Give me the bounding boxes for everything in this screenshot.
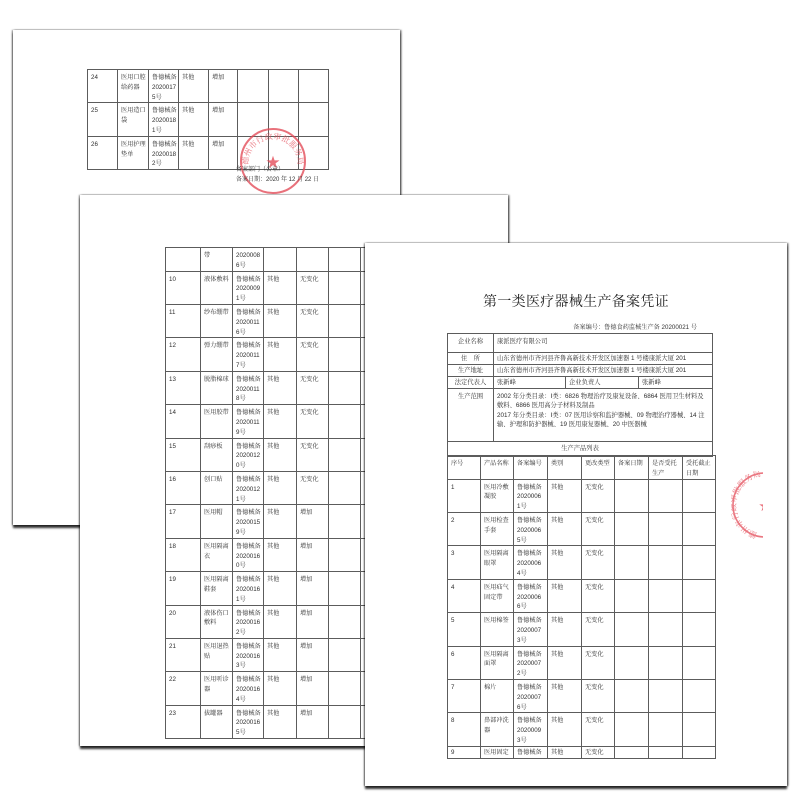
cell-no: 23 [166,705,201,738]
cell-entrust-deadline [683,746,716,758]
col-header-entrusted: 是否受托生产 [649,456,683,480]
cell-record-date [615,746,649,758]
cell-no: 17 [166,505,201,538]
production-address-label: 生产地址 [448,365,494,377]
cell-record-date [615,579,649,612]
cell-entrusted [649,479,683,512]
table-row: 24医用口腔给药器鲁德械备20200175号其他增加 [88,70,329,103]
cell-record-no: 鲁德械备20200159号 [233,505,264,538]
cell-record-date [329,405,361,438]
cell-record-no: 鲁德械备20200093号 [514,713,548,746]
info-row-company: 企业名称 康派医疗有限公司 [448,334,713,353]
cell-record-date [329,438,361,471]
cell-change-type: 无变化 [297,271,329,304]
cell-category: 其他 [264,705,297,738]
cell-entrust-deadline [683,646,716,679]
cell-change-type: 增加 [297,705,329,738]
table-row: 6医用隔离面罩鲁德械备20200072号其他无变化 [448,646,716,679]
cell-name: 医用听诊器 [201,672,233,705]
cell-record-date [329,471,361,504]
info-row-production-address: 生产地址 山东省德州市齐河县齐鲁高新技术开发区加速器 1 号楼康派大厦 201 [448,365,713,377]
cell-change-type: 无变化 [297,471,329,504]
cell-no: 15 [166,438,201,471]
col-header-record-date: 备案日期 [615,456,649,480]
table-header-row: 序号 产品名称 备案编号 类别 更改类型 备案日期 是否受托生产 受托截止日期 [448,456,716,480]
cell-change-type: 无变化 [297,405,329,438]
cell-record-no: 鲁德械备20200064号 [514,546,548,579]
col-header-entrust-deadline: 受托截止日期 [683,456,716,480]
cell-record-date [329,538,361,571]
cell-no: 13 [166,371,201,404]
cell-name: 纱布绷带 [201,304,233,337]
cell-name: 液体敷料 [201,271,233,304]
cell-record-no: 鲁德械备20200181号 [149,103,179,136]
cell-no: 6 [448,646,481,679]
cell-change-type: 无变化 [582,646,615,679]
cell-change-type [297,248,329,272]
cell-entrusted [649,579,683,612]
scope-value: 2002 年分类目录：Ⅰ类：6826 物理治疗及康复设备、6864 医用卫生材料… [494,388,713,441]
cell-entrusted [649,613,683,646]
cell-record-no: 鲁德械备20200118号 [233,371,264,404]
col-header-name: 产品名称 [481,456,514,480]
cell-record-date [615,713,649,746]
cell-change-type: 无变化 [582,479,615,512]
table-row: 8鼻部冲洗器鲁德械备20200093号其他无变化 [448,713,716,746]
cell-change-type: 无变化 [297,438,329,471]
cell-no: 5 [448,613,481,646]
cell-no: 1 [448,479,481,512]
cell-record-no: 鲁德械备20200117号 [233,338,264,371]
cell-category: 其他 [264,304,297,337]
cell-entrusted [649,646,683,679]
cell-entrust-deadline [683,546,716,579]
cell-record-date [329,672,361,705]
product-table: 序号 产品名称 备案编号 类别 更改类型 备案日期 是否受托生产 受托截止日期 … [447,455,716,759]
cell-category: 其他 [548,646,582,679]
cell-name: 棉片 [481,679,514,712]
cell-entrusted [649,512,683,545]
cell-record-no: 鲁德械备20200165号 [233,705,264,738]
official-seal-stamp: 德州市行政审批服务局 ★ [239,127,307,195]
filing-department-label: 备案部门（公章） [236,164,284,173]
cell-no: 7 [448,679,481,712]
col-header-record-no: 备案编号 [514,456,548,480]
cell-record-no: 鲁德械备20200163号 [233,638,264,671]
cell-record-no: 20200086号 [233,248,264,272]
cell-change-type: 增加 [297,605,329,638]
legal-rep-value: 张新峰 [494,376,566,388]
filing-date: 备案日期：2020 年 12 月 22 日 [236,174,319,183]
cell-category: 其他 [264,572,297,605]
stamp-text: 德州市行政审批服务局 [731,471,762,539]
cell-no: 9 [448,746,481,758]
manager-value: 张新峰 [639,376,713,388]
cell-category: 其他 [264,672,297,705]
cell-entrust-deadline [683,479,716,512]
cell-name: 脱脂棉球 [201,371,233,404]
cell-change-type: 无变化 [297,304,329,337]
address-value: 山东省德州市齐河县齐鲁高新技术开发区加速器 1 号楼康派大厦 201 [494,353,713,365]
cell-record-date [615,479,649,512]
scope-2002: 2002 年分类目录：Ⅰ类：6826 物理治疗及康复设备、6864 医用卫生材料… [497,392,709,411]
cell-no: 16 [166,471,201,504]
cell-record-no: 鲁德械备20200119号 [233,405,264,438]
cell-record-no: 鲁德械备20200160号 [233,538,264,571]
table-row: 7棉片鲁德械备20200076号其他无变化 [448,679,716,712]
cell-record-date [615,646,649,679]
cell-name: 医用胶带 [201,405,233,438]
cell-category: 其他 [264,471,297,504]
record-number: 备案编号：鲁德食药监械生产备 20200021 号 [573,322,697,331]
cell-record-no: 鲁德械备20200121号 [233,471,264,504]
cell-change-type: 无变化 [582,546,615,579]
cell-no: 24 [88,70,118,103]
cell-change-type: 增加 [297,538,329,571]
cell-entrust-deadline [683,679,716,712]
cell-record-no: 鲁德械备20200182号 [149,136,179,169]
col-header-no: 序号 [448,456,481,480]
stamp-star-icon: ★ [758,498,763,515]
cell-name: 刮痧板 [201,438,233,471]
cell-category: 其他 [264,505,297,538]
cell-entrust-deadline [683,579,716,612]
cell-category: 其他 [548,713,582,746]
document-page-front: 第一类医疗器械生产备案凭证 备案编号：鲁德食药监械生产备 20200021 号 … [365,243,787,786]
address-label: 住 所 [448,353,494,365]
enterprise-info-table: 企业名称 康派医疗有限公司 住 所 山东省德州市齐河县齐鲁高新技术开发区加速器 … [447,333,713,457]
cell-record-date [329,371,361,404]
cell-record-no: 鲁德械备20200076号 [514,679,548,712]
cell-record-no: 鲁德械备 [514,746,548,758]
cell-name: 医用隔离面罩 [481,646,514,679]
cell-record-date [329,705,361,738]
cell-entrust-deadline [683,713,716,746]
cell-change-type: 无变化 [297,338,329,371]
cell-record-date [329,338,361,371]
info-row-address: 住 所 山东省德州市齐河县齐鲁高新技术开发区加速器 1 号楼康派大厦 201 [448,353,713,365]
cell-category: 其他 [548,479,582,512]
table-row: 9医用固定鲁德械备其他无变化 [448,746,716,758]
cell-name: 医用疝气固定带 [481,579,514,612]
cell-name: 医用口腔给药器 [118,70,149,103]
cell-no: 4 [448,579,481,612]
cell-change-type: 增加 [297,572,329,605]
certificate-title: 第一类医疗器械生产备案凭证 [365,291,787,311]
info-row-legal-representative: 法定代表人 张新峰 企业负责人 张新峰 [448,376,713,388]
cell-change-type: 增加 [209,70,238,103]
cell-record-no: 鲁德械备20200072号 [514,646,548,679]
cell-name: 医用帽 [201,505,233,538]
cell-category: 其他 [548,579,582,612]
cell-no: 2 [448,512,481,545]
cell-category: 其他 [179,103,209,136]
table-row: 1医用冷敷凝胶鲁德械备20200061号其他无变化 [448,479,716,512]
cell-record-date [329,271,361,304]
cell-change-type: 无变化 [297,371,329,404]
cell-category: 其他 [548,613,582,646]
cell-category: 其他 [264,438,297,471]
cell-no: 25 [88,103,118,136]
cell-record-date [329,605,361,638]
cell-entrusted [649,546,683,579]
cell-record-date [329,304,361,337]
cell-no: 26 [88,136,118,169]
cell-record-no: 鲁德械备20200116号 [233,304,264,337]
product-list-title-row: 生产产品列表 [448,441,713,456]
manager-label: 企业负责人 [566,376,639,388]
company-label: 企业名称 [448,334,494,353]
cell-category: 其他 [264,271,297,304]
cell-entrust-deadline [683,613,716,646]
cell-record-no: 鲁德械备20200065号 [514,512,548,545]
cell-no: 20 [166,605,201,638]
cell-no: 19 [166,572,201,605]
cell-name: 医用冷敷凝胶 [481,479,514,512]
cell-no: 21 [166,638,201,671]
cell-category: 其他 [264,371,297,404]
cell-record-date [238,70,269,103]
cell-category: 其他 [548,512,582,545]
table-row: 2医用检查手套鲁德械备20200065号其他无变化 [448,512,716,545]
company-name: 康派医疗有限公司 [494,334,713,353]
cell-name: 拔罐器 [201,705,233,738]
cell-name: 医用隔离衣 [201,538,233,571]
legal-rep-label: 法定代表人 [448,376,494,388]
cell-entrust-deadline [683,512,716,545]
cell-no: 12 [166,338,201,371]
cell-no: 3 [448,546,481,579]
cell-no: 10 [166,271,201,304]
info-row-production-scope: 生产范围 2002 年分类目录：Ⅰ类：6826 物理治疗及康复设备、6864 医… [448,388,713,441]
col-header-category: 类别 [548,456,582,480]
cell-category: 其他 [264,405,297,438]
cell-name: 创口贴 [201,471,233,504]
cell-category: 其他 [548,746,582,758]
cell-entrust-deadline [299,70,329,103]
col-header-change-type: 更改类型 [582,456,615,480]
cell-category: 其他 [264,538,297,571]
production-address-value: 山东省德州市齐河县齐鲁高新技术开发区加速器 1 号楼康派大厦 201 [494,365,713,377]
cell-name: 弹力绷带 [201,338,233,371]
cell-category: 其他 [179,70,209,103]
cell-category: 其他 [548,546,582,579]
cell-no: 18 [166,538,201,571]
cell-change-type: 无变化 [582,613,615,646]
svg-text:德州市行政审批服务局: 德州市行政审批服务局 [731,471,762,539]
cell-record-no: 鲁德械备20200091号 [233,271,264,304]
scope-2017: 2017 年分类目录：Ⅰ类：07 医用诊察和监护器械、09 物理治疗器械、14 … [497,411,709,430]
cell-category [264,248,297,272]
cell-record-date [615,679,649,712]
cell-no [166,248,201,272]
cell-record-date [329,248,361,272]
cell-change-type: 无变化 [582,746,615,758]
cell-record-no: 鲁德械备20200066号 [514,579,548,612]
cell-no: 14 [166,405,201,438]
cell-change-type: 增加 [209,103,238,136]
cell-record-no: 鲁德械备20200061号 [514,479,548,512]
table-row: 5医用棉签鲁德械备20200073号其他无变化 [448,613,716,646]
cell-category: 其他 [264,638,297,671]
cell-name: 医用退热贴 [201,638,233,671]
cell-name: 医用检查手套 [481,512,514,545]
cell-entrusted [649,679,683,712]
cell-record-date [615,512,649,545]
cell-name: 鼻部冲洗器 [481,713,514,746]
cell-category: 其他 [264,605,297,638]
cell-change-type: 无变化 [582,679,615,712]
table-row: 3医用隔离眼罩鲁德械备20200064号其他无变化 [448,546,716,579]
cell-record-date [329,505,361,538]
cell-name: 医用造口袋 [118,103,149,136]
cell-record-no: 鲁德械备20200162号 [233,605,264,638]
cell-no: 8 [448,713,481,746]
table-row: 4医用疝气固定带鲁德械备20200066号其他无变化 [448,579,716,612]
cell-entrusted [649,746,683,758]
cell-category: 其他 [264,338,297,371]
seam-seal-stamp: 德州市行政审批服务局 ★ [731,471,763,539]
cell-name: 医用棉签 [481,613,514,646]
cell-name: 医用护理垫单 [118,136,149,169]
cell-record-date [329,572,361,605]
cell-no: 22 [166,672,201,705]
cell-change-type: 无变化 [582,512,615,545]
cell-record-date [615,546,649,579]
cell-record-date [329,638,361,671]
cell-change-type: 无变化 [582,713,615,746]
cell-name: 医用隔离眼罩 [481,546,514,579]
cell-entrusted [269,70,299,103]
cell-name: 医用固定 [481,746,514,758]
cell-record-no: 鲁德械备20200120号 [233,438,264,471]
cell-name: 医用隔离鞋套 [201,572,233,605]
cell-category: 其他 [548,679,582,712]
cell-change-type: 增加 [209,136,238,169]
product-list-title: 生产产品列表 [448,441,713,456]
cell-name: 带 [201,248,233,272]
cell-record-no: 鲁德械备20200164号 [233,672,264,705]
cell-change-type: 无变化 [582,579,615,612]
cell-change-type: 增加 [297,638,329,671]
cell-change-type: 增加 [297,505,329,538]
cell-entrusted [649,713,683,746]
cell-record-date [615,613,649,646]
cell-no: 11 [166,304,201,337]
cell-record-no: 鲁德械备20200175号 [149,70,179,103]
cell-name: 液体伤口敷料 [201,605,233,638]
cell-change-type: 增加 [297,672,329,705]
cell-record-no: 鲁德械备20200073号 [514,613,548,646]
cell-category: 其他 [179,136,209,169]
scope-label: 生产范围 [448,388,494,441]
cell-record-no: 鲁德械备20200161号 [233,572,264,605]
